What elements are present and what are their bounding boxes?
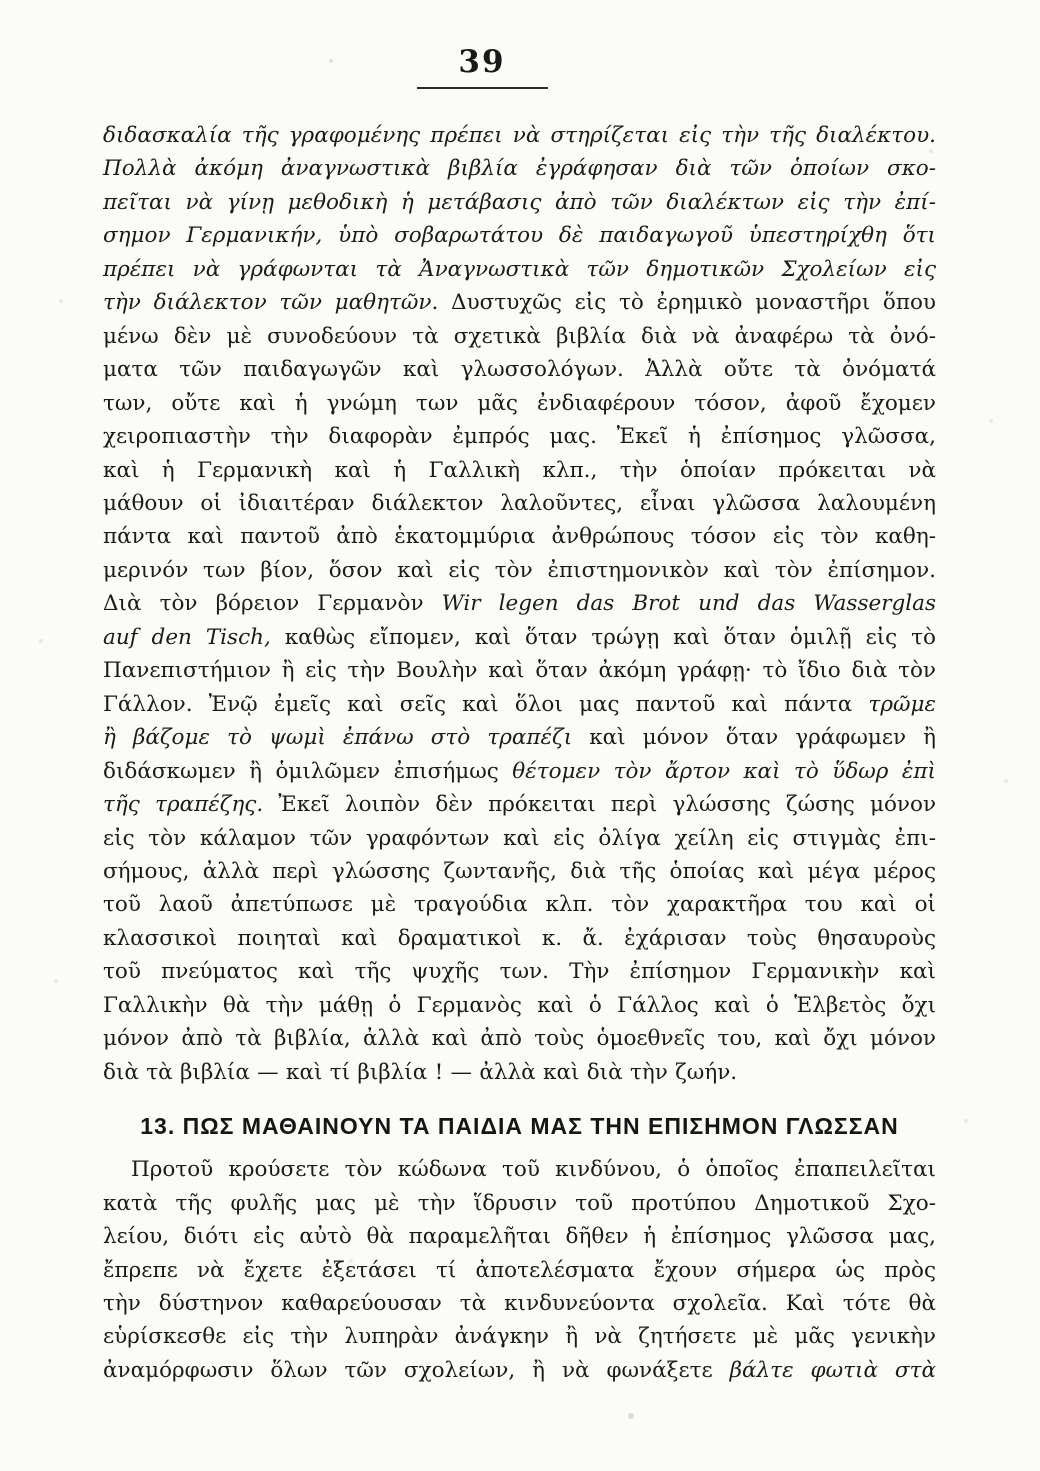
- text-line: Γαλλικὴν θὰ τὴν μάθῃ ὁ Γερμανὸς καὶ ὁ Γά…: [103, 989, 936, 1022]
- text-run: καθὼς εἴπομεν, καὶ ὅταν τρώγῃ καὶ ὅταν ὁ…: [271, 625, 936, 650]
- paper-specks: [0, 0, 2, 2]
- text-run: λείου, διότι εἰς αὐτὸ θὰ παραμελῆται δῆθ…: [103, 1224, 936, 1249]
- section-heading: 13. ΠΩΣ ΜΑΘΑΙΝΟΥΝ ΤΑ ΠΑΙΔΙΑ ΜΑΣ ΤΗΝ ΕΠΙΣ…: [103, 1110, 936, 1143]
- paragraph: διδασκαλία τῆς γραφομένης πρέπει νὰ στηρ…: [103, 119, 936, 1089]
- text-run: μόνον ἀπὸ τὰ βιβλία, ἀλλὰ καὶ ἀπὸ τοὺς ὁ…: [103, 1026, 936, 1051]
- text-run: Δυστυχῶς εἰς τὸ ἐρημικὸ μοναστῆρι ὅπου: [438, 290, 936, 315]
- text-run: μάθουν οἱ ἰδιαιτέραν διάλεκτον λαλοῦντες…: [103, 491, 936, 516]
- text-run: κλασσικοὶ ποιηταὶ καὶ δραματικοὶ κ. ἄ. ἐ…: [103, 926, 936, 951]
- text-run: ἔπρεπε νὰ ἔχετε ἐξετάσει τί ἀποτελέσματα…: [103, 1258, 936, 1283]
- text-line: Διὰ τὸν βόρειον Γερμανὸν Wir legen das B…: [103, 587, 936, 620]
- text-run: σήμους, ἀλλὰ περὶ γλώσσης ζωντανῆς, διὰ …: [103, 859, 936, 884]
- text-line: τοῦ λαοῦ ἀπετύπωσε μὲ τραγούδια κλπ. τὸν…: [103, 888, 936, 921]
- text-line: των, οὔτε καὶ ἡ γνώμη των μᾶς ἐνδιαφέρου…: [103, 387, 936, 420]
- italic-run: Πολλὰ ἀκόμη ἀναγνωστικὰ βιβλία ἐγράφησαν…: [103, 156, 936, 181]
- book-page: 39 διδασκαλία τῆς γραφομένης πρέπει νὰ σ…: [0, 0, 1040, 1471]
- text-line: ἔπρεπε νὰ ἔχετε ἐξετάσει τί ἀποτελέσματα…: [103, 1254, 936, 1287]
- italic-run: ἢ βάζομε τὸ ψωμὶ ἐπάνω στὸ τραπέζι: [103, 725, 572, 750]
- text-run: Πανεπιστήμιον ἢ εἰς τὴν Βουλὴν καὶ ὅταν …: [103, 658, 936, 683]
- page-number: 39: [67, 44, 897, 80]
- italic-run: πρέπει νὰ γράφωνται τὰ Ἀναγνωστικὰ τῶν δ…: [103, 257, 936, 282]
- text-run: τοῦ λαοῦ ἀπετύπωσε μὲ τραγούδια κλπ. τὸν…: [103, 892, 936, 917]
- text-run: Ἐκεῖ λοιπὸν δὲν πρόκειται περὶ γλώσσης ζ…: [263, 792, 936, 817]
- italic-run: θέτομεν τὸν ἄρτον καὶ τὸ ὕδωρ ἐπὶ: [512, 759, 936, 784]
- text-line: Προτοῦ κρούσετε τὸν κώδωνα τοῦ κινδύνου,…: [103, 1153, 936, 1186]
- text-run: εἰς τὸν κάλαμον τῶν γραφόντων καὶ εἰς ὀλ…: [103, 826, 936, 851]
- text-line: σημον Γερμανικήν, ὑπὸ σοβαρωτάτου δὲ παι…: [103, 219, 936, 252]
- text-run: κατὰ τῆς φυλῆς μας μὲ τὴν ἵδρυσιν τοῦ πρ…: [103, 1191, 936, 1216]
- text-run: καὶ ἡ Γερμανικὴ καὶ ἡ Γαλλικὴ κλπ., τὴν …: [103, 458, 936, 483]
- text-run: τοῦ πνεύματος καὶ τῆς ψυχῆς των. Τὴν ἐπί…: [103, 959, 936, 984]
- text-line: τοῦ πνεύματος καὶ τῆς ψυχῆς των. Τὴν ἐπί…: [103, 955, 936, 988]
- text-line: λείου, διότι εἰς αὐτὸ θὰ παραμελῆται δῆθ…: [103, 1220, 936, 1253]
- italic-run: βάλτε φωτιὰ στὰ: [730, 1358, 936, 1383]
- text-run: ἀναμόρφωσιν ὅλων τῶν σχολείων, ἢ νὰ φωνά…: [103, 1358, 730, 1383]
- text-run: καὶ μόνον ὅταν γράφωμεν ἢ: [572, 725, 936, 750]
- text-line: ματα τῶν παιδαγωγῶν καὶ γλωσσολόγων. Ἀλλ…: [103, 353, 936, 386]
- text-line: χειροπιαστὴν τὴν διαφορὰν ἐμπρός μας. Ἐκ…: [103, 420, 936, 453]
- text-line: εὑρίσκεσθε εἰς τὴν λυπηρὰν ἀνάγκην ἢ νὰ …: [103, 1320, 936, 1353]
- text-line: Πανεπιστήμιον ἢ εἰς τὴν Βουλὴν καὶ ὅταν …: [103, 654, 936, 687]
- text-run: μένω δὲν μὲ συνοδεύουν τὰ σχετικὰ βιβλία…: [103, 324, 936, 349]
- text-line: κλασσικοὶ ποιηταὶ καὶ δραματικοὶ κ. ἄ. ἐ…: [103, 922, 936, 955]
- text-line: εἰς τὸν κάλαμον τῶν γραφόντων καὶ εἰς ὀλ…: [103, 822, 936, 855]
- italic-run: πεῖται νὰ γίνῃ μεθοδικὴ ἡ μετάβασις ἀπὸ …: [103, 190, 936, 215]
- italic-run: σημον Γερμανικήν, ὑπὸ σοβαρωτάτου δὲ παι…: [103, 223, 936, 248]
- text-run: των, οὔτε καὶ ἡ γνώμη των μᾶς ἐνδιαφέρου…: [103, 391, 936, 416]
- italic-run: τὴν διάλεκτον τῶν μαθητῶν.: [103, 290, 438, 315]
- text-line: τῆς τραπέζης. Ἐκεῖ λοιπὸν δὲν πρόκειται …: [103, 788, 936, 821]
- text-run: Διὰ τὸν βόρειον Γερμανὸν: [103, 591, 442, 616]
- text-run: Γάλλον. Ἐνῷ ἐμεῖς καὶ σεῖς καὶ ὅλοι μας …: [103, 692, 868, 717]
- italic-run: τῆς τραπέζης.: [103, 792, 263, 817]
- text-line: Πολλὰ ἀκόμη ἀναγνωστικὰ βιβλία ἐγράφησαν…: [103, 152, 936, 185]
- text-line: καὶ ἡ Γερμανικὴ καὶ ἡ Γαλλικὴ κλπ., τὴν …: [103, 454, 936, 487]
- italic-run: Wir legen das Brot und das Wasserglas: [442, 591, 936, 616]
- text-run: χειροπιαστὴν τὴν διαφορὰν ἐμπρός μας. Ἐκ…: [103, 424, 936, 449]
- text-line: auf den Tisch, καθὼς εἴπομεν, καὶ ὅταν τ…: [103, 621, 936, 654]
- text-line: πάντα καὶ παντοῦ ἀπὸ ἑκατομμύρια ἀνθρώπο…: [103, 520, 936, 553]
- italic-run: τρῶμε: [868, 692, 936, 717]
- text-run: διδάσκωμεν ἢ ὁμιλῶμεν ἐπισήμως: [103, 759, 512, 784]
- header-rule: [417, 87, 548, 89]
- text-run: διὰ τὰ βιβλία — καὶ τί βιβλία ! — ἀλλὰ κ…: [103, 1060, 737, 1085]
- paragraph: Προτοῦ κρούσετε τὸν κώδωνα τοῦ κινδύνου,…: [103, 1153, 936, 1387]
- page-body: διδασκαλία τῆς γραφομένης πρέπει νὰ στηρ…: [103, 119, 936, 1387]
- text-run: τὴν δύστηνον καθαρεύουσαν τὰ κινδυνεύοντ…: [103, 1291, 936, 1316]
- text-line: μερινόν των βίον, ὅσον καὶ εἰς τὸν ἐπιστ…: [103, 554, 936, 587]
- page-header: 39: [67, 44, 897, 89]
- text-line: σήμους, ἀλλὰ περὶ γλώσσης ζωντανῆς, διὰ …: [103, 855, 936, 888]
- text-line: ἢ βάζομε τὸ ψωμὶ ἐπάνω στὸ τραπέζι καὶ μ…: [103, 721, 936, 754]
- text-line: πεῖται νὰ γίνῃ μεθοδικὴ ἡ μετάβασις ἀπὸ …: [103, 186, 936, 219]
- text-run: Γαλλικὴν θὰ τὴν μάθῃ ὁ Γερμανὸς καὶ ὁ Γά…: [103, 993, 936, 1018]
- text-line: τὴν διάλεκτον τῶν μαθητῶν. Δυστυχῶς εἰς …: [103, 286, 936, 319]
- text-run: Προτοῦ κρούσετε τὸν κώδωνα τοῦ κινδύνου,…: [131, 1157, 936, 1182]
- text-line: διὰ τὰ βιβλία — καὶ τί βιβλία ! — ἀλλὰ κ…: [103, 1056, 936, 1089]
- italic-run: auf den Tisch,: [103, 625, 271, 650]
- text-line: μένω δὲν μὲ συνοδεύουν τὰ σχετικὰ βιβλία…: [103, 320, 936, 353]
- text-run: εὑρίσκεσθε εἰς τὴν λυπηρὰν ἀνάγκην ἢ νὰ …: [103, 1324, 936, 1349]
- text-line: μάθουν οἱ ἰδιαιτέραν διάλεκτον λαλοῦντες…: [103, 487, 936, 520]
- text-line: ἀναμόρφωσιν ὅλων τῶν σχολείων, ἢ νὰ φωνά…: [103, 1354, 936, 1387]
- text-line: κατὰ τῆς φυλῆς μας μὲ τὴν ἵδρυσιν τοῦ πρ…: [103, 1187, 936, 1220]
- text-run: μερινόν των βίον, ὅσον καὶ εἰς τὸν ἐπιστ…: [103, 558, 936, 583]
- text-line: διδασκαλία τῆς γραφομένης πρέπει νὰ στηρ…: [103, 119, 936, 152]
- text-line: Γάλλον. Ἐνῷ ἐμεῖς καὶ σεῖς καὶ ὅλοι μας …: [103, 688, 936, 721]
- text-line: διδάσκωμεν ἢ ὁμιλῶμεν ἐπισήμως θέτομεν τ…: [103, 755, 936, 788]
- italic-run: διδασκαλία τῆς γραφομένης πρέπει νὰ στηρ…: [103, 123, 936, 148]
- text-line: τὴν δύστηνον καθαρεύουσαν τὰ κινδυνεύοντ…: [103, 1287, 936, 1320]
- text-run: πάντα καὶ παντοῦ ἀπὸ ἑκατομμύρια ἀνθρώπο…: [103, 524, 936, 549]
- text-line: μόνον ἀπὸ τὰ βιβλία, ἀλλὰ καὶ ἀπὸ τοὺς ὁ…: [103, 1022, 936, 1055]
- text-line: πρέπει νὰ γράφωνται τὰ Ἀναγνωστικὰ τῶν δ…: [103, 253, 936, 286]
- text-run: ματα τῶν παιδαγωγῶν καὶ γλωσσολόγων. Ἀλλ…: [103, 357, 936, 382]
